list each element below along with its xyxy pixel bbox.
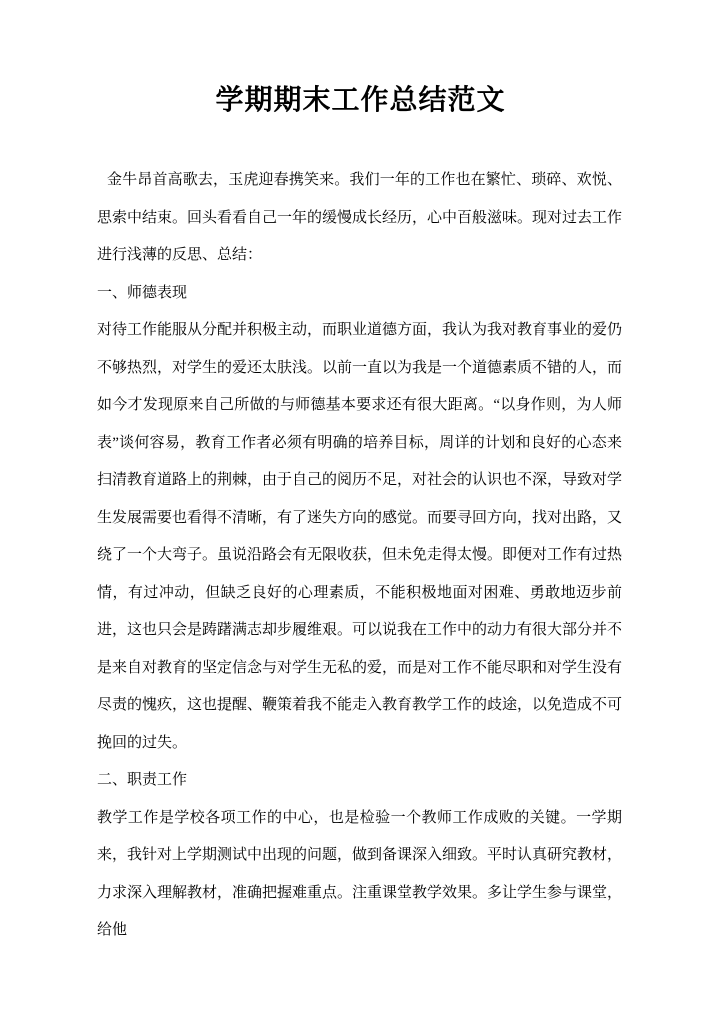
paragraph: 金牛昂首高歌去，玉虎迎春携笑来。我们一年的工作也在繁忙、琐碎、欢悦、思索中结束。… (97, 162, 622, 275)
section-heading: 一、师德表现 (97, 275, 622, 313)
document-title: 学期期末工作总结范文 (0, 0, 721, 118)
paragraph: 对待工作能服从分配并积极主动，而职业道德方面，我认为我对教育事业的爱仍不够热烈，… (97, 312, 622, 762)
section-heading: 二、职责工作 (97, 762, 622, 800)
document-body: 金牛昂首高歌去，玉虎迎春携笑来。我们一年的工作也在繁忙、琐碎、欢悦、思索中结束。… (0, 162, 721, 950)
paragraph: 教学工作是学校各项工作的中心，也是检验一个教师工作成败的关键。一学期来，我针对上… (97, 800, 622, 950)
document-page: 学期期末工作总结范文 金牛昂首高歌去，玉虎迎春携笑来。我们一年的工作也在繁忙、琐… (0, 0, 721, 1020)
